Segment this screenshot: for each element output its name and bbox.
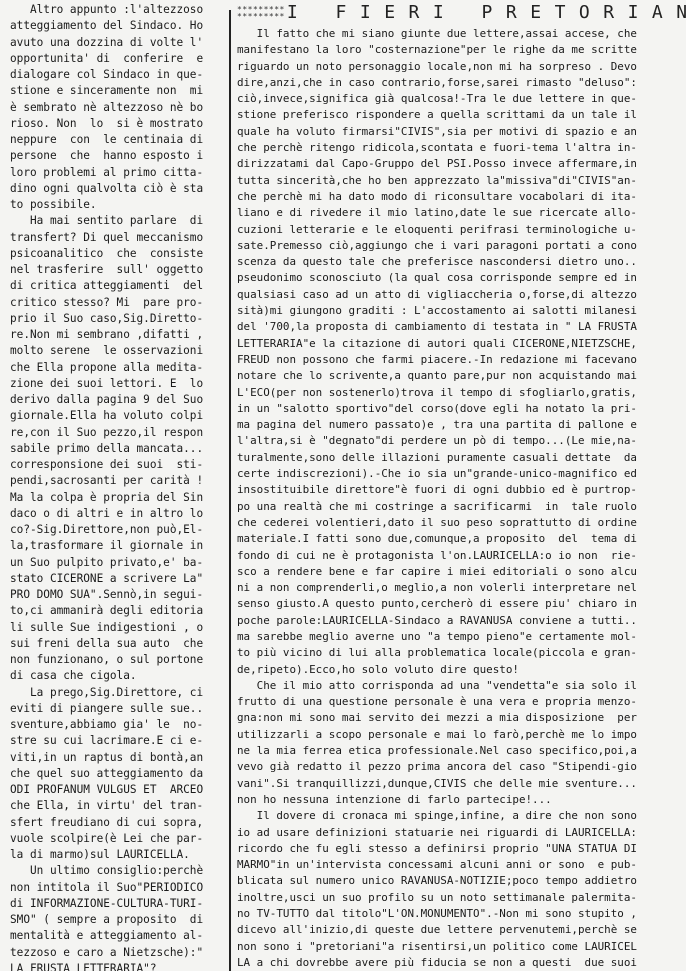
text-line: vevo già redatto il pezzo prima ancora d… [237,759,681,775]
text-line: LA a chi dovrebbe avere più fiducia se n… [237,955,681,971]
text-line: senso giusto.A questo punto,cercherò di … [237,596,681,612]
text-line: persone che hanno esposto i [10,148,218,164]
text-line: giornale.Ella ha voluto colpi [10,408,218,424]
text-line: inoltre,usci un suo profilo su un noto s… [237,890,681,906]
text-line: ciò,invece,significa già qualcosa!-Tra l… [237,91,681,107]
text-line: stre su cui lacrimare.E ci e- [10,733,218,749]
text-line: nel trasferire sull' oggetto [10,262,218,278]
text-line: sità)mi giungono graditi : L'accostament… [237,303,681,319]
text-line: sui freni della sua auto che [10,636,218,652]
text-line: ma sarebbe meglio averne uno "a tempo pi… [237,629,681,645]
text-line: di INFORMAZIONE-CULTURA-TURI- [10,896,218,912]
text-line: opportunita' di conferire e [10,51,218,67]
text-line: critico stesso? Mi pare pro- [10,295,218,311]
text-line: stione e sinceramente non mi [10,83,218,99]
text-line: di critica atteggiamenti del [10,278,218,294]
text-line: insostituibile direttore"è fuori di ogni… [237,482,681,498]
text-line: molto serene le osservazioni [10,343,218,359]
text-line: re.Non mi sembrano ,difatti , [10,327,218,343]
text-line: Un ultimo consiglio:perchè [10,863,218,879]
text-line: neppure con le centinaia di [10,132,218,148]
text-line: avuto una dozzina di volte l' [10,35,218,51]
text-line: La prego,Sig.Direttore, ci [10,685,218,701]
text-line: non intitola il Suo"PERIODICO [10,880,218,896]
right-column-article: ********* ********* I FIERI PRETORIANI *… [237,2,681,971]
text-line: to possibile. [10,197,218,213]
text-line: po una realtà che mi costringe a sacrifi… [237,499,681,515]
text-line: Il fatto che mi siano giunte due lettere… [237,26,681,42]
text-line: ODI PROFANUM VULGUS ET ARCEO [10,782,218,798]
column-divider [229,10,231,971]
text-line: viti,in un raptus di bontà,an [10,750,218,766]
text-line: poche parole:LAURICELLA-Sindaco a RAVANU… [237,613,681,629]
text-line: mentalità e atteggiamento al- [10,928,218,944]
text-line: li sulle Sue indigestioni , o [10,620,218,636]
text-line: sate.Premesso ciò,aggiungo che i vari pa… [237,238,681,254]
text-line: ricordo che fu egli stesso a definirsi p… [237,841,681,857]
text-line: ni a non comprenderli,o meglio,a non vol… [237,580,681,596]
text-line: SMO" ( sempre a proposito di [10,912,218,928]
text-line: vuole scolpire(è Lei che par- [10,831,218,847]
text-line: Che il mio atto corrisponda ad una "vend… [237,678,681,694]
text-line: certe indiscrezioni).-Che io sia un"gran… [237,466,681,482]
text-line: PRO DOMO SUA".Sennò,in segui- [10,587,218,603]
text-line: riguardo un noto personaggio locale,non … [237,59,681,75]
text-line: rioso. Non lo si è mostrato [10,116,218,132]
text-line: loro problemi al primo citta- [10,165,218,181]
text-line: un Suo pulpito privato,e' ba- [10,555,218,571]
text-line: cuzioni letterarie e le eloquenti perifr… [237,222,681,238]
text-line: in un "salotto sportivo"del corso(dove e… [237,401,681,417]
text-line: Ha mai sentito parlare di [10,213,218,229]
text-line: stione preferisco rispondere a quella sc… [237,107,681,123]
text-line: dicevo all'inizio,di queste due lettere … [237,922,681,938]
article-body: Il fatto che mi siano giunte due lettere… [237,26,681,971]
stars-decoration-left: ********* ********* [237,6,285,20]
text-line: non ho nessuna intenzione di farlo parte… [237,792,681,808]
text-line: sabile primo della mancata... [10,441,218,457]
text-line: notare che lo scrivente,a quanto pare,pu… [237,368,681,384]
text-line: materiale.I fatti sono due,comunque,a pr… [237,531,681,547]
text-line: è sembrato nè altezzoso nè bo [10,100,218,116]
text-line: Il dovere di cronaca mi spinge,infine, a… [237,808,681,824]
text-line: pseudonimo sconosciuto (la qual cosa cor… [237,270,681,286]
text-line: dirizzatami dal Capo-Gruppo del PSI.Poss… [237,156,681,172]
text-line: no TV-TUTTO dal titolo"L'ON.MONUMENTO".-… [237,906,681,922]
text-line: del '700,la proposta di cambiamento di t… [237,319,681,335]
text-line: derivo dalla pagina 9 del Suo [10,392,218,408]
text-line: scenza da questo tale che preferisce nas… [237,254,681,270]
text-line: tezzoso e caro a Nietzsche):" [10,945,218,961]
text-line: quale ha voluto firmarsi"CIVIS",sia per … [237,124,681,140]
text-line: Ma la colpa è propria del Sin [10,490,218,506]
text-line: qualsiasi caso ad un atto di vigliaccher… [237,287,681,303]
text-line: corresponsione dei suoi sti- [10,457,218,473]
text-line: che cederei volentieri,dato il suo peso … [237,515,681,531]
text-line: frutto di una questione personale è una … [237,694,681,710]
text-line: dino ogni qualvolta ciò è sta [10,181,218,197]
text-line: dire,anzi,che in caso contrario,forse,sa… [237,75,681,91]
text-line: Altro appunto :l'altezzoso [10,2,218,18]
text-line: di casa che cigola. [10,668,218,684]
text-line: atteggiamento del Sindaco. Ho [10,18,218,34]
text-line: LA FRUSTA LETTERARIA"? [10,961,218,971]
text-line: che Ella, in virtu' del tran- [10,798,218,814]
text-line: turalmente,sono delle illazioni purament… [237,450,681,466]
text-line: prio il Suo caso,Sig.Diretto- [10,311,218,327]
text-line: de,ripeto).Ecco,ho solo voluto dire ques… [237,662,681,678]
text-line: sco a rendere bene e far capire i miei e… [237,564,681,580]
article-title: I FIERI PRETORIANI [285,5,686,21]
text-line: ma pagina del numero passato)e , tra una… [237,417,681,433]
text-line: stato CICERONE a scrivere La" [10,571,218,587]
text-line: che perchè mi ha dato modo di riconsulta… [237,189,681,205]
left-column-article: Altro appunto :l'altezzosoatteggiamento … [10,2,218,971]
article-header: ********* ********* I FIERI PRETORIANI *… [237,2,681,24]
text-line: daco o di altri e in altro lo [10,506,218,522]
text-line: sfert freudiano di cui sopra, [10,815,218,831]
text-line: L'ECO(per non sostenerlo)trova il tempo … [237,385,681,401]
text-line: zione dei suoi lettori. E lo [10,376,218,392]
text-line: liano e di rivedere il mio latino,date l… [237,205,681,221]
text-line: ne la mia ferrea etica professionale.Nel… [237,743,681,759]
text-line: FREUD non possono che farmi piacere.-In … [237,352,681,368]
text-line: eviti di piangere sulle sue.. [10,701,218,717]
text-line: transfert? Di quel meccanismo [10,230,218,246]
text-line: dialogare col Sindaco in que- [10,67,218,83]
text-line: manifestano la loro "costernazione"per l… [237,42,681,58]
text-line: psicoanalitico che consiste [10,246,218,262]
text-line: io ad usare definizioni statuarie nei ri… [237,825,681,841]
text-line: to più vicino di lui alla problematica l… [237,645,681,661]
text-line: utilizzarli a scopo personale e mai lo f… [237,727,681,743]
text-line: pendi,sacrosanti per carità ! [10,473,218,489]
text-line: MARMO"in un'intervista concessami alcuni… [237,857,681,873]
text-line: che perchè ritengo ridicola,scontata e f… [237,140,681,156]
text-line: LETTERARIA"e la citazione di autori qual… [237,336,681,352]
text-line: sventure,abbiamo gia' le no- [10,717,218,733]
newspaper-page: Altro appunto :l'altezzosoatteggiamento … [0,0,686,971]
text-line: gna:non mi sono mai servito dei mezzi a … [237,710,681,726]
text-line: re,con il Suo pezzo,il respon [10,425,218,441]
text-line: vani".Si tranquillizzi,dunque,CIVIS che … [237,776,681,792]
text-line: non sono i "pretoriani"a risentirsi,un p… [237,939,681,955]
text-line: che quel suo atteggiamento da [10,766,218,782]
text-line: fondo di cui ne è protagonista l'on.LAUR… [237,548,681,564]
text-line: co?-Sig.Direttore,non può,El- [10,522,218,538]
text-line: la,trasformare il giornale in [10,538,218,554]
text-line: la di marmo)sul LAURICELLA. [10,847,218,863]
text-line: l'altra,si è "degnato"di perdere un pò d… [237,433,681,449]
text-line: tutta sincerità,che ho ben apprezzato la… [237,173,681,189]
text-line: non funzionano, o sul portone [10,652,218,668]
text-line: blicata sul numero unico RAVANUSA-NOTIZI… [237,873,681,889]
text-line: che Ella propone alla medita- [10,360,218,376]
text-line: to,ci ammanirà degli editoria [10,603,218,619]
